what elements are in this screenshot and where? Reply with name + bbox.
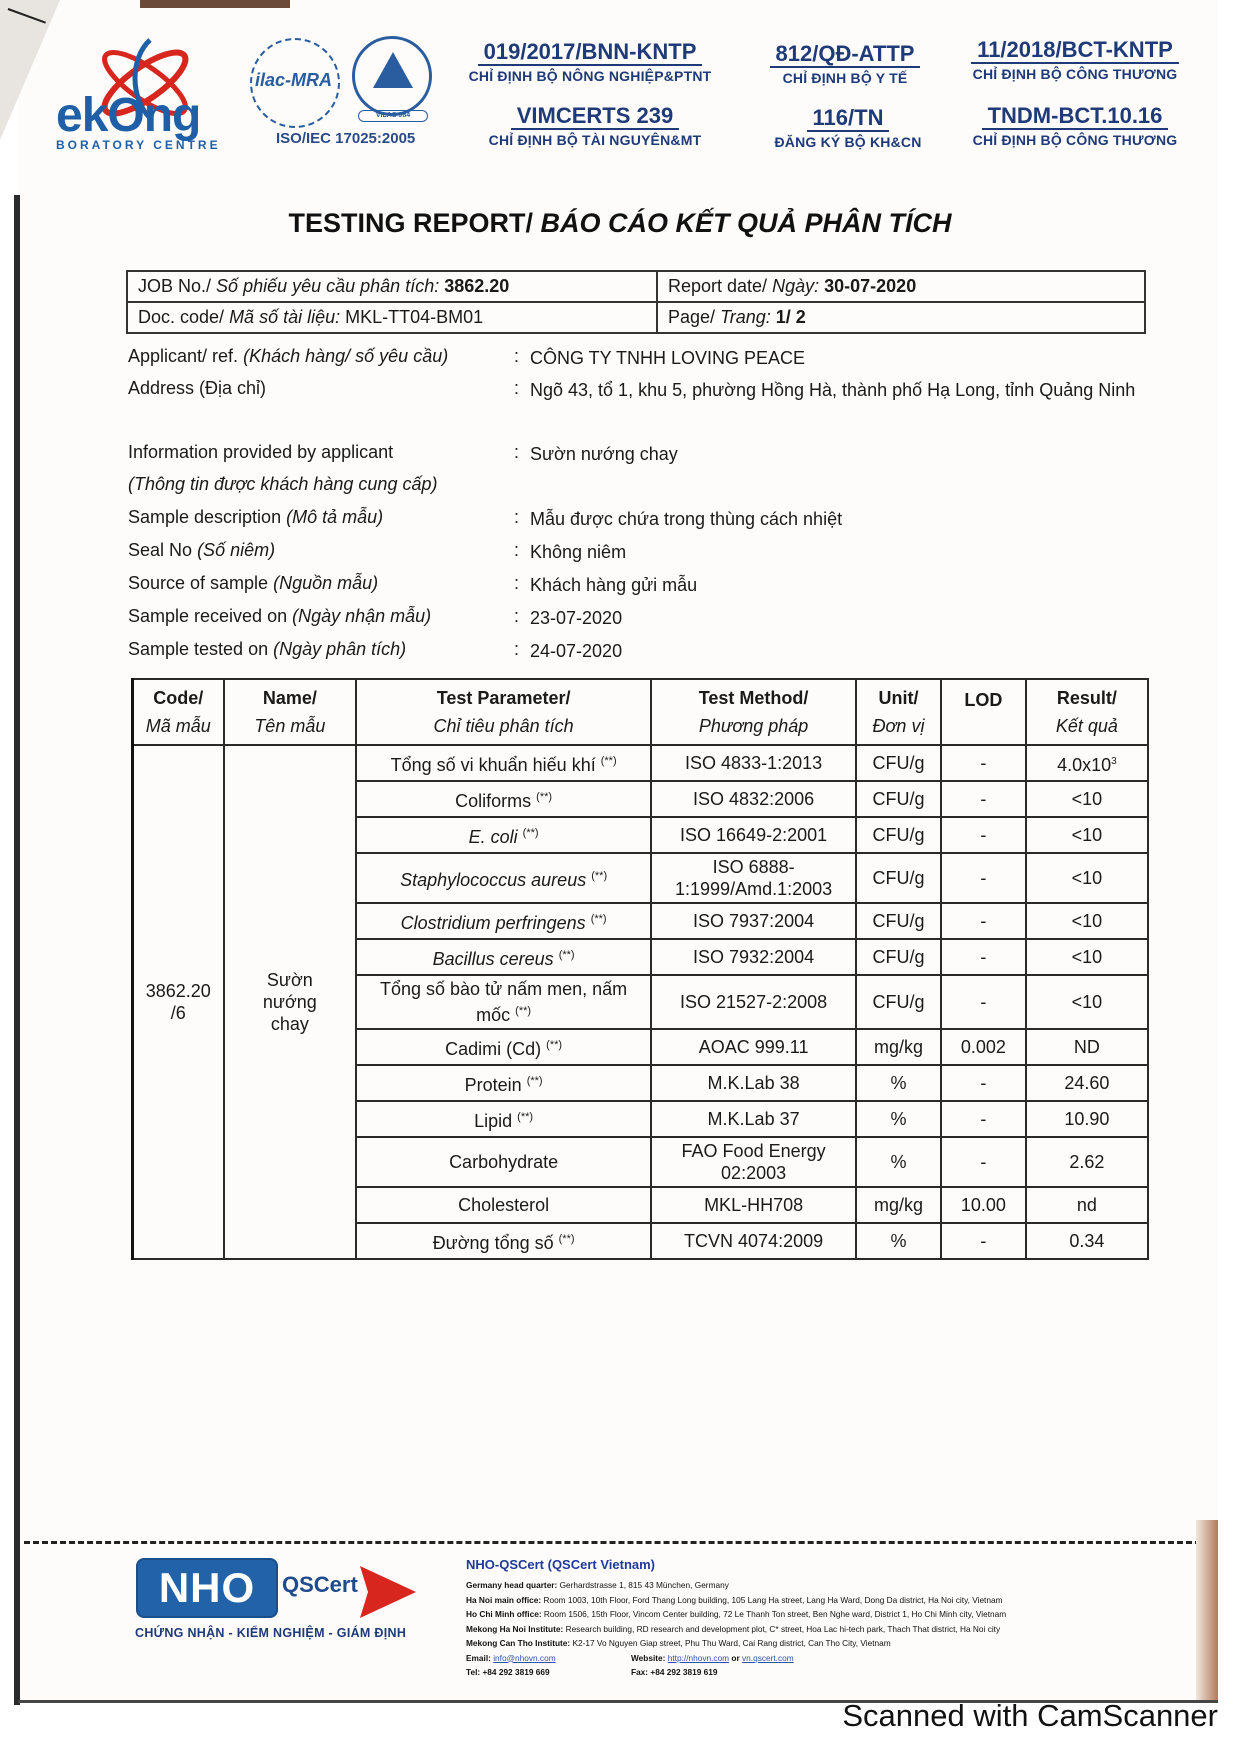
office-address: Ho Chi Minh office: Room 1506, 15th Floo… — [466, 1607, 1186, 1622]
table-row: 3862.20 /6Sườn nướng chayTổng số vi khuẩ… — [133, 745, 1149, 781]
page-number: 1/ 2 — [776, 307, 806, 327]
test-unit: CFU/g — [856, 975, 941, 1029]
test-unit: % — [856, 1065, 941, 1101]
ilac-mra-label: ilac-MRA — [255, 70, 332, 91]
website-link-2[interactable]: vn.qscert.com — [742, 1653, 794, 1663]
cert-code: 019/2017/BNN-KNTP — [478, 40, 703, 66]
report-date-cell: Report date/ Ngày: 30-07-2020 — [657, 271, 1145, 302]
cert-authority: CHỈ ĐỊNH BỘ CÔNG THƯƠNG — [950, 132, 1200, 148]
sample-description-value: Mẫu được chứa trong thùng cách nhiệt — [530, 507, 1170, 531]
qscert-arrow-icon — [340, 1562, 420, 1622]
results-table: Code/Mã mẫuName/Tên mẫuTest Parameter/Ch… — [131, 678, 1149, 1260]
scan-background — [140, 0, 290, 8]
test-lod: - — [941, 1137, 1026, 1187]
page-title: TESTING REPORT/ BÁO CÁO KẾT QUẢ PHÂN TÍC… — [0, 208, 1240, 239]
test-result: <10 — [1026, 817, 1148, 853]
test-lod: - — [941, 1065, 1026, 1101]
test-parameter: Carbohydrate — [356, 1137, 651, 1187]
accreditation-note: (**) — [591, 870, 607, 882]
accreditation-note: (**) — [591, 913, 607, 925]
test-lod: - — [941, 781, 1026, 817]
test-result: <10 — [1026, 781, 1148, 817]
nho-tagline: CHỨNG NHẬN - KIỂM NGHIỆM - GIÁM ĐỊNH — [135, 1626, 406, 1640]
test-parameter: Tổng số bào tử nấm men, nấm mốc (**) — [356, 975, 651, 1029]
test-lod: - — [941, 939, 1026, 975]
footer-divider — [24, 1541, 1210, 1544]
cert-code: 116/TN — [807, 106, 890, 132]
cert-authority: ĐĂNG KÝ BỘ KH&CN — [758, 134, 938, 150]
test-lod: - — [941, 853, 1026, 903]
tel-number: +84 292 3819 669 — [482, 1667, 549, 1677]
test-parameter: Clostridium perfringens (**) — [356, 903, 651, 939]
nho-logo: NHO — [136, 1558, 278, 1618]
test-result: ND — [1026, 1029, 1148, 1065]
test-unit: CFU/g — [856, 745, 941, 781]
source-value: Khách hàng gửi mẫu — [530, 573, 1170, 597]
test-result: <10 — [1026, 939, 1148, 975]
footer-contact-info: NHO-QSCert (QSCert Vietnam) Germany head… — [466, 1557, 1186, 1680]
accreditation-note: (**) — [515, 1005, 531, 1017]
email-website-row: Email: info@nhovn.com Website: http://nh… — [466, 1651, 1186, 1666]
scan-shadow — [1196, 1520, 1218, 1700]
doc-code: MKL-TT04-BM01 — [345, 307, 483, 327]
certification-2: 812/QĐ-ATTP CHỈ ĐỊNH BỘ Y TẾ — [760, 42, 930, 86]
test-method: MKL-HH708 — [651, 1187, 856, 1223]
tested-value: 24-07-2020 — [530, 639, 1170, 663]
column-header: Code/Mã mẫu — [133, 679, 224, 745]
test-unit: % — [856, 1137, 941, 1187]
test-unit: CFU/g — [856, 817, 941, 853]
test-result: <10 — [1026, 903, 1148, 939]
camscanner-watermark: Scanned with CamScanner — [842, 1698, 1218, 1734]
cert-code: VIMCERTS 239 — [511, 104, 680, 130]
office-address: Ha Noi main office: Room 1003, 10th Floo… — [466, 1593, 1186, 1608]
accreditation-note: (**) — [523, 827, 539, 839]
office-address: Mekong Ha Noi Institute: Research buildi… — [466, 1622, 1186, 1637]
sample-name: Sườn nướng chay — [224, 745, 357, 1259]
accreditation-note: (**) — [527, 1075, 543, 1087]
fax-number: +84 292 3819 619 — [650, 1667, 717, 1677]
test-parameter: Tổng số vi khuẩn hiếu khí (**) — [356, 745, 651, 781]
title-en: TESTING REPORT/ — [288, 208, 533, 238]
cert-authority: CHỈ ĐỊNH BỘ NÔNG NGHIỆP&PTNT — [450, 68, 730, 84]
test-result: 0.34 — [1026, 1223, 1148, 1259]
cert-authority: CHỈ ĐỊNH BỘ CÔNG THƯƠNG — [950, 66, 1200, 82]
test-result: 10.90 — [1026, 1101, 1148, 1137]
job-info-table: JOB No./ Số phiếu yêu cầu phân tích: 386… — [126, 270, 1146, 334]
report-date: 30-07-2020 — [824, 276, 916, 296]
test-method: ISO 6888-1:1999/Amd.1:2003 — [651, 853, 856, 903]
certification-3: 11/2018/BCT-KNTP CHỈ ĐỊNH BỘ CÔNG THƯƠNG — [950, 38, 1200, 82]
email-link[interactable]: info@nhovn.com — [493, 1653, 555, 1663]
test-parameter: Coliforms (**) — [356, 781, 651, 817]
certification-5: 116/TN ĐĂNG KÝ BỘ KH&CN — [758, 106, 938, 150]
test-parameter: Protein (**) — [356, 1065, 651, 1101]
test-lod: 10.00 — [941, 1187, 1026, 1223]
test-lod: - — [941, 1223, 1026, 1259]
test-parameter: E. coli (**) — [356, 817, 651, 853]
test-lod: - — [941, 745, 1026, 781]
test-result: <10 — [1026, 853, 1148, 903]
test-parameter: Cadimi (Cd) (**) — [356, 1029, 651, 1065]
job-number-cell: JOB No./ Số phiếu yêu cầu phân tích: 386… — [127, 271, 657, 302]
office-address: Germany head quarter: Gerhardstrasse 1, … — [466, 1578, 1186, 1593]
results-header-row: Code/Mã mẫuName/Tên mẫuTest Parameter/Ch… — [133, 679, 1149, 745]
doc-code-cell: Doc. code/ Mã số tài liệu: MKL-TT04-BM01 — [127, 302, 657, 333]
test-lod: - — [941, 1101, 1026, 1137]
test-unit: % — [856, 1223, 941, 1259]
column-header: Test Method/Phương pháp — [651, 679, 856, 745]
test-method: FAO Food Energy 02:2003 — [651, 1137, 856, 1187]
test-method: ISO 7937:2004 — [651, 903, 856, 939]
received-value: 23-07-2020 — [530, 606, 1170, 630]
provided-value: Sườn nướng chay — [530, 442, 1170, 466]
column-header: Unit/Đơn vị — [856, 679, 941, 745]
test-method: ISO 7932:2004 — [651, 939, 856, 975]
column-header: Result/Kết quả — [1026, 679, 1148, 745]
test-lod: - — [941, 903, 1026, 939]
test-unit: mg/kg — [856, 1187, 941, 1223]
accreditation-note: (**) — [546, 1039, 562, 1051]
test-lod: 0.002 — [941, 1029, 1026, 1065]
test-method: ISO 4833-1:2013 — [651, 745, 856, 781]
test-method: ISO 21527-2:2008 — [651, 975, 856, 1029]
lab-logo-subtitle: BORATORY CENTRE — [56, 138, 221, 152]
column-header: Test Parameter/Chỉ tiêu phân tích — [356, 679, 651, 745]
office-address: Mekong Can Tho Institute: K2-17 Vo Nguye… — [466, 1636, 1186, 1651]
accreditation-note: (**) — [559, 1233, 575, 1245]
sample-code: 3862.20 /6 — [133, 745, 224, 1259]
test-unit: CFU/g — [856, 781, 941, 817]
accreditation-note: (**) — [601, 755, 617, 767]
accreditation-note: (**) — [517, 1111, 533, 1123]
test-unit: % — [856, 1101, 941, 1137]
test-method: AOAC 999.11 — [651, 1029, 856, 1065]
tel-fax-row: Tel: +84 292 3819 669 Fax: +84 292 3819 … — [466, 1665, 1186, 1680]
test-parameter: Bacillus cereus (**) — [356, 939, 651, 975]
certification-4: VIMCERTS 239 CHỈ ĐỊNH BỘ TÀI NGUYÊN&MT — [460, 104, 730, 148]
applicant-value: CÔNG TY TNHH LOVING PEACE — [530, 346, 1170, 370]
cert-code: TNDM-BCT.10.16 — [982, 104, 1169, 130]
seal-value: Không niêm — [530, 540, 1170, 564]
certification-1: 019/2017/BNN-KNTP CHỈ ĐỊNH BỘ NÔNG NGHIỆ… — [450, 40, 730, 84]
test-method: ISO 4832:2006 — [651, 781, 856, 817]
cert-code: 11/2018/BCT-KNTP — [971, 38, 1179, 64]
test-result: 24.60 — [1026, 1065, 1148, 1101]
boa-triangle-icon — [373, 52, 413, 88]
footer-company: NHO-QSCert (QSCert Vietnam) — [466, 1557, 1186, 1572]
test-unit: CFU/g — [856, 903, 941, 939]
page-cell: Page/ Trang: 1/ 2 — [657, 302, 1145, 333]
test-parameter: Lipid (**) — [356, 1101, 651, 1137]
test-parameter: Cholesterol — [356, 1187, 651, 1223]
page-left-edge — [14, 195, 20, 1705]
test-result: 2.62 — [1026, 1137, 1148, 1187]
lab-logo-text: ekOng — [56, 88, 200, 143]
test-method: M.K.Lab 38 — [651, 1065, 856, 1101]
column-header: Name/Tên mẫu — [224, 679, 357, 745]
cert-code: 812/QĐ-ATTP — [770, 42, 921, 68]
test-method: M.K.Lab 37 — [651, 1101, 856, 1137]
test-unit: CFU/g — [856, 939, 941, 975]
cert-authority: CHỈ ĐỊNH BỘ Y TẾ — [760, 70, 930, 86]
test-method: ISO 16649-2:2001 — [651, 817, 856, 853]
accreditation-note: (**) — [559, 949, 575, 961]
test-result: <10 — [1026, 975, 1148, 1029]
test-parameter: Staphylococcus aureus (**) — [356, 853, 651, 903]
iso-standard-label: ISO/IEC 17025:2005 — [276, 130, 415, 147]
column-header: LOD — [941, 679, 1026, 745]
vilas-label: VILAS 984 — [358, 110, 428, 122]
test-method: TCVN 4074:2009 — [651, 1223, 856, 1259]
title-vi: BÁO CÁO KẾT QUẢ PHÂN TÍCH — [541, 208, 952, 238]
certification-6: TNDM-BCT.10.16 CHỈ ĐỊNH BỘ CÔNG THƯƠNG — [950, 104, 1200, 148]
test-unit: mg/kg — [856, 1029, 941, 1065]
website-link[interactable]: http://nhovn.com — [668, 1653, 729, 1663]
test-unit: CFU/g — [856, 853, 941, 903]
test-parameter: Đường tổng số (**) — [356, 1223, 651, 1259]
address-value: Ngõ 43, tổ 1, khu 5, phường Hồng Hà, thà… — [530, 378, 1170, 402]
cert-authority: CHỈ ĐỊNH BỘ TÀI NGUYÊN&MT — [460, 132, 730, 148]
test-lod: - — [941, 975, 1026, 1029]
job-number: 3862.20 — [444, 276, 509, 296]
test-result: nd — [1026, 1187, 1148, 1223]
accreditation-note: (**) — [536, 791, 552, 803]
test-lod: - — [941, 817, 1026, 853]
test-result: 4.0x103 — [1026, 745, 1148, 781]
